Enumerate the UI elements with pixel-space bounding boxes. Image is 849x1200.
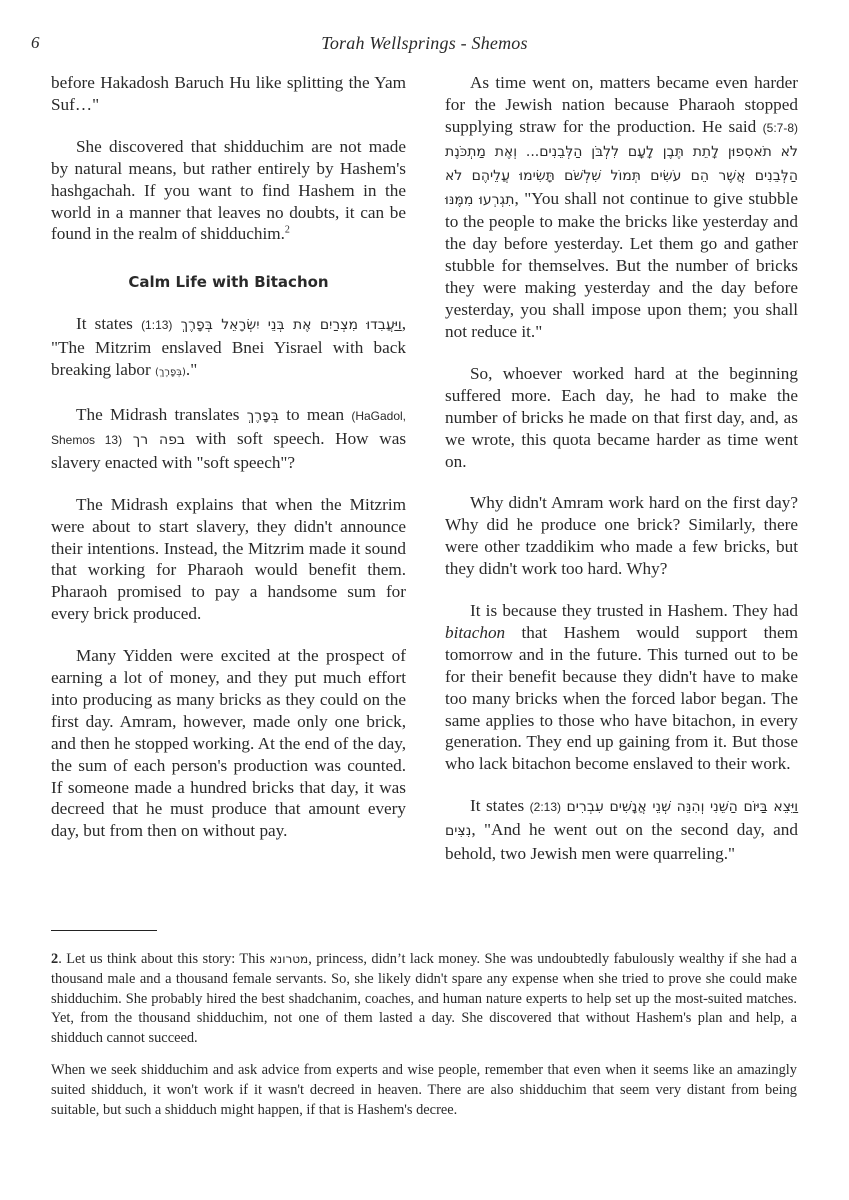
paragraph: It is because they trusted in Hashem. Th… [445, 600, 798, 775]
source-reference: (2:13) [530, 800, 561, 814]
footnote-divider [51, 930, 157, 931]
hebrew-word: בפה רך [133, 432, 185, 448]
paragraph: She discovered that shidduchim are not m… [51, 136, 406, 246]
paragraph: Many Yidden were excited at the prospect… [51, 645, 406, 842]
paragraph: As time went on, matters became even har… [445, 72, 798, 343]
italic-term: bitachon [445, 623, 505, 642]
hebrew-word: (בְּפָרֶךְ) [155, 367, 186, 378]
page-header: 6 Torah Wellsprings - Shemos [0, 33, 849, 57]
paragraph: It states (1:13) וַיַּעֲבִדוּ מִצְרַיִם … [51, 313, 406, 384]
footnote: 2. Let us think about this story: This מ… [51, 950, 797, 1049]
right-column: As time went on, matters became even har… [445, 72, 798, 885]
footnote-paragraph: When we seek shidduchim and ask advice f… [51, 1061, 797, 1120]
section-heading: Calm Life with Bitachon [51, 272, 406, 294]
paragraph: Why didn't Amram work hard on the first … [445, 492, 798, 580]
hebrew-word: בְּפָרֶךְ [247, 408, 279, 424]
paragraph: It states (2:13) וַיֵּצֵא בַּיּוֹם הַשֵּ… [445, 795, 798, 865]
hebrew-quote: וַיַּעֲבִדוּ מִצְרַיִם אֶת בְּנֵי יִשְׂר… [181, 317, 402, 333]
paragraph: before Hakadosh Baruch Hu like splitting… [51, 72, 406, 116]
footnotes: 2. Let us think about this story: This מ… [51, 950, 797, 1132]
footnote-reference[interactable]: 2 [285, 225, 290, 236]
left-column: before Hakadosh Baruch Hu like splitting… [51, 72, 406, 862]
hebrew-word: מטרונא [269, 952, 308, 966]
running-title: Torah Wellsprings - Shemos [0, 33, 849, 54]
source-reference: (5:7-8) [763, 121, 798, 135]
paragraph: The Midrash translates בְּפָרֶךְ to mean… [51, 404, 406, 474]
paragraph: So, whoever worked hard at the beginning… [445, 363, 798, 473]
source-reference: (1:13) [141, 318, 172, 332]
paragraph: The Midrash explains that when the Mitzr… [51, 494, 406, 625]
